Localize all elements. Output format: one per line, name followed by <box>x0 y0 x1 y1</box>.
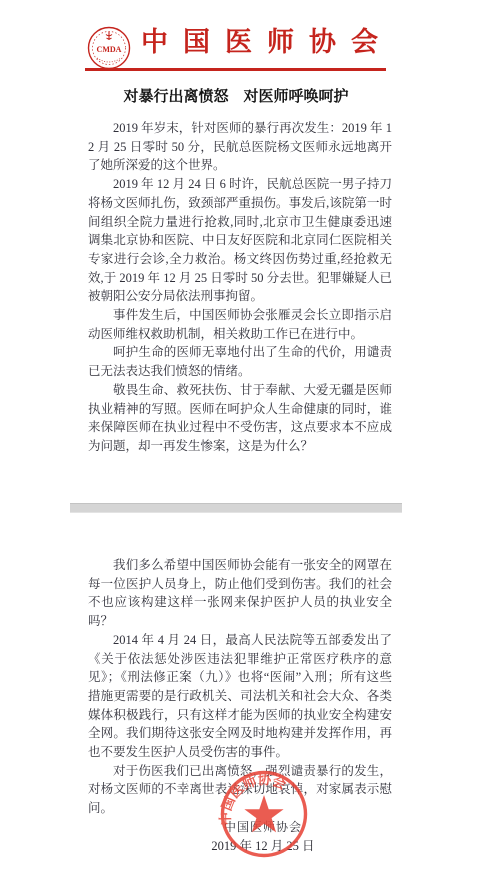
paragraph: 2014 年 4 月 24 日，最高人民法院等五部委发出了《关于依法惩处涉医违法… <box>88 631 392 762</box>
document-page: CMDA 中国医师协会 对暴行出离愤怒对医师呼唤呵护 2019 年岁末，针对医师… <box>0 0 480 882</box>
document-title: 对暴行出离愤怒对医师呼唤呵护 <box>85 85 387 106</box>
title-part-2: 对医师呼唤呵护 <box>244 89 349 105</box>
paragraph: 敬畏生命、救死扶伤、甘于奉献、大爱无疆是医师执业精神的写照。医师在呵护众人生命健… <box>88 381 392 456</box>
official-seal: 中国医师协会 <box>217 769 311 859</box>
title-part-1: 对暴行出离愤怒 <box>123 89 228 105</box>
masthead-rule <box>85 68 386 71</box>
paragraph: 事件发生后，中国医师协会张雁灵会长立即指示启动医师维权救助机制，相关救助工作已在… <box>88 306 392 343</box>
seal-star-icon <box>244 795 283 832</box>
page1-body: 2019 年岁末，针对医师的暴行再次发生：2019 年 12 月 25 日零时 … <box>88 119 392 456</box>
paragraph: 2019 年岁末，针对医师的暴行再次发生：2019 年 12 月 25 日零时 … <box>88 119 392 175</box>
paragraph: 呵护生命的医师无辜地付出了生命的代价，用谴责已无法表达我们愤怒的情绪。 <box>88 343 392 380</box>
paragraph: 2019 年 12 月 24 日 6 时许，民航总医院一男子持刀将杨文医师扎伤，… <box>88 175 392 306</box>
seal-text: 中国医师协会 <box>217 771 289 825</box>
paragraph: 我们多么希望中国医师协会能有一张安全的网罩在每一位医护人员身上，防止他们受到伤害… <box>88 556 392 631</box>
org-name: 中国医师协会 <box>141 29 393 56</box>
page-break-divider <box>70 503 402 513</box>
svg-text:中国医师协会: 中国医师协会 <box>217 771 289 825</box>
logo-text: CMDA <box>97 45 122 54</box>
cmda-logo-icon: CMDA <box>87 26 131 70</box>
